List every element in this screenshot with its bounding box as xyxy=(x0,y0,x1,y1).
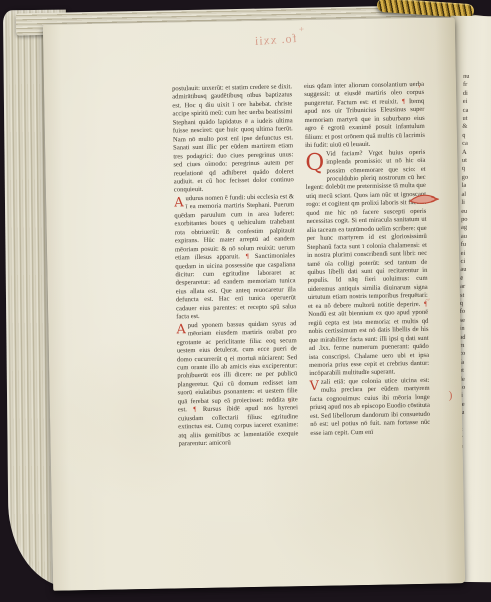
facing-text-fragment: fr xyxy=(463,81,483,90)
facing-text-fragment: fo xyxy=(460,308,480,317)
facing-text-fragment: li xyxy=(461,199,481,208)
facing-text-fragment: no xyxy=(459,384,479,393)
folio-cross-mark: + xyxy=(299,24,304,34)
rubric-comma-mark: ʼ xyxy=(418,84,421,93)
rubricated-initial: V xyxy=(309,379,321,396)
rubric-zig-mark: ʒ xyxy=(288,395,291,403)
facing-text-fragment: ca xyxy=(462,140,482,149)
facing-text-fragment: q xyxy=(460,300,480,309)
facing-text-fragment: go xyxy=(462,174,482,183)
text-column-left: postulauit: unxerūt: et statim credere s… xyxy=(172,83,299,463)
facing-text-fragment: st xyxy=(460,291,480,300)
facing-text-fragment: q xyxy=(462,165,482,174)
book-photo-scene: nufrdieicaut&qcaAutqgolaallieupoagaufuei… xyxy=(0,0,491,602)
paragraph: Vzali etiā: que colonia utice uicina est… xyxy=(309,377,430,438)
facing-text-fragment: de xyxy=(459,375,479,384)
facing-text-fragment: ut xyxy=(462,115,482,124)
paragraph: Apud yponem bassus quidam syrus ad mēori… xyxy=(176,320,298,449)
facing-text-fragment: ē xyxy=(460,275,480,284)
paragraph: QVid faciam? Vrget huius operis implenda… xyxy=(305,148,429,378)
paragraph: postulauit: unxerūt: et statim credere s… xyxy=(172,83,294,195)
rubricated-initial: Q xyxy=(305,150,326,176)
facing-text-fragment: au xyxy=(460,266,480,275)
facing-text-fragment: & xyxy=(462,123,482,132)
facing-text-fragment: ut xyxy=(459,367,479,376)
pilcrow-mark: ¶ xyxy=(401,98,406,105)
facing-text-fragment: ag xyxy=(461,224,481,233)
facing-text-fragment: po xyxy=(461,216,481,225)
facing-text-fragment: ar xyxy=(460,283,480,292)
facing-text-fragment: fa xyxy=(459,359,479,368)
paragraph: eius qdam inter aliorum consolantium uer… xyxy=(304,81,425,151)
facing-text-fragment: se xyxy=(460,317,480,326)
pilcrow-mark: ¶ xyxy=(245,253,250,260)
nota-swash-icon xyxy=(409,192,439,209)
facing-text-fragment: nu xyxy=(463,73,483,82)
facing-text-fragment: al xyxy=(461,191,481,200)
pilcrow-mark: ¶ xyxy=(192,406,197,413)
rubric-dash-mark: - xyxy=(325,116,328,125)
facing-text-fragment: ca xyxy=(463,106,483,115)
facing-text-fragment: q xyxy=(462,132,482,141)
facing-text-fragment: ut xyxy=(462,157,482,166)
rubricated-initial: A xyxy=(176,322,188,339)
facing-text-fragment: in xyxy=(460,325,480,334)
facing-text-fragment: A xyxy=(462,149,482,158)
paragraph: Audurus nomen ē fundi: ubi ecclesia est … xyxy=(174,193,296,322)
facing-text-fragment: eu xyxy=(461,207,481,216)
text-column-right: eius qdam inter aliorum consolantium uer… xyxy=(304,81,431,461)
facing-text-fragment: ad xyxy=(459,333,479,342)
facing-text-fragment: m xyxy=(459,342,479,351)
facing-text-fragment: ei xyxy=(461,249,481,258)
facing-text-fragment: fu xyxy=(461,241,481,250)
facing-text-fragment: au xyxy=(461,233,481,242)
facing-text-fragment: ci xyxy=(460,258,480,267)
facing-text-fragment: co xyxy=(459,350,479,359)
rubricated-initial: A xyxy=(174,195,186,212)
facing-text-fragment: la xyxy=(462,182,482,191)
book-page: fo. xxii + postulauit: unxerūt: et stati… xyxy=(43,17,465,590)
facing-text-fragment: ei xyxy=(463,98,483,107)
rubric-paren-mark: ) xyxy=(449,389,453,401)
facing-text-fragment: di xyxy=(463,90,483,99)
